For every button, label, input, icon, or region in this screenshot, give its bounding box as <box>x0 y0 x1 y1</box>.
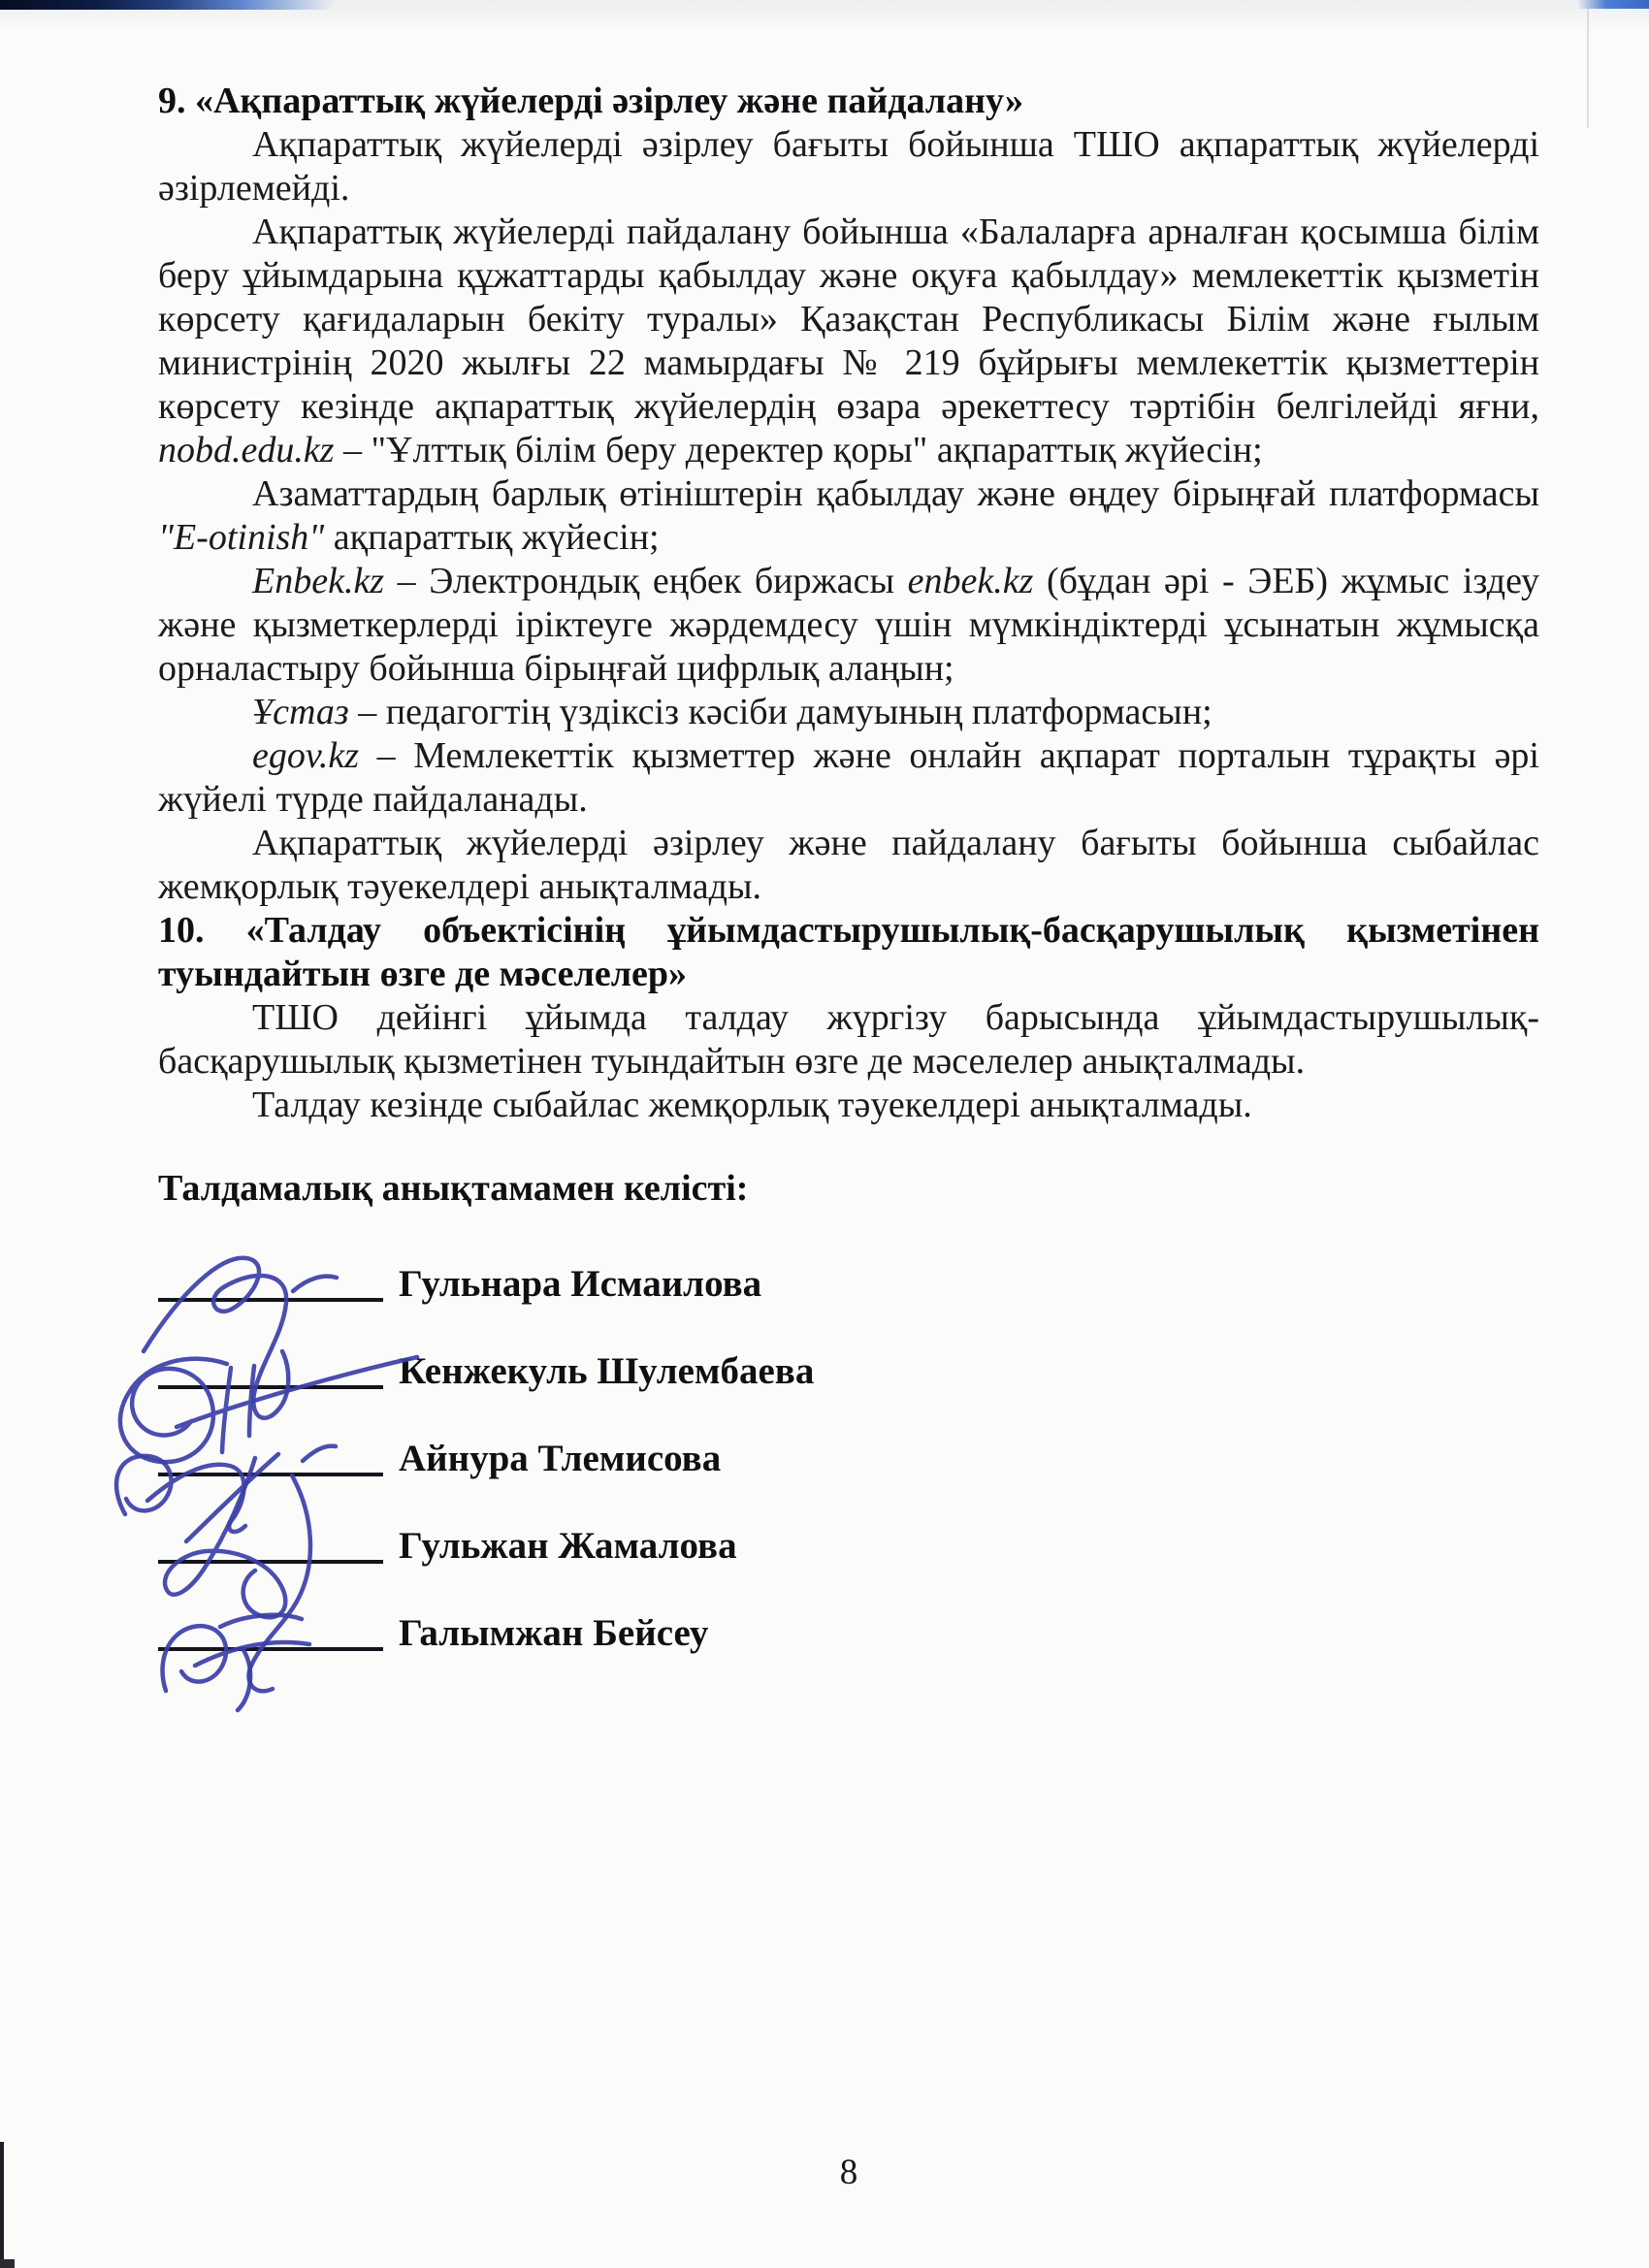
signatory-name: Гульнара Исмаилова <box>399 1263 761 1306</box>
scan-artifact-left-edge-strip <box>0 2142 4 2268</box>
signature-row: Айнура Тлемисова <box>158 1401 1539 1488</box>
text-run: Ақпараттық жүйелерді әзірлеу және пайдал… <box>158 823 1539 907</box>
italic-run: "E-otinish" <box>158 517 324 558</box>
paragraph: egov.kz – Мемлекеттік қызметтер және онл… <box>158 734 1539 822</box>
signature-row: Кенжекуль Шулембаева <box>158 1313 1539 1401</box>
signature-line <box>158 1560 383 1564</box>
signature-row: Галымжан Бейсеу <box>158 1575 1539 1663</box>
italic-run: nobd.edu.kz <box>158 430 335 470</box>
signatory-name: Галымжан Бейсеу <box>399 1612 708 1655</box>
signature-line <box>158 1473 383 1476</box>
signatory-name: Айнура Тлемисова <box>399 1438 721 1480</box>
section-heading: 10. «Талдау объектісінің ұйымдастырушылы… <box>158 909 1539 996</box>
paragraph: Ұстаз – педагогтің үздіксіз кәсіби дамуы… <box>158 691 1539 734</box>
italic-run: enbek.kz <box>908 561 1034 601</box>
scan-artifact-right-edge-line <box>1587 0 1589 128</box>
text-run: ақпараттық жүйесін; <box>324 517 659 558</box>
text-run: – педагогтің үздіксіз кәсіби дамуының пл… <box>349 692 1212 732</box>
text-run: Азаматтардың барлық өтініштерін қабылдау… <box>252 473 1539 514</box>
text-run: – Электрондық еңбек биржасы <box>384 561 908 601</box>
page-number: 8 <box>158 2152 1539 2193</box>
paragraph: Талдау кезінде сыбайлас жемқорлық тәуеке… <box>158 1084 1539 1127</box>
signature-row: Гульнара Исмаилова <box>158 1226 1539 1313</box>
signature-line <box>158 1298 383 1302</box>
italic-run: egov.kz <box>252 735 359 776</box>
signature-line <box>158 1385 383 1389</box>
signature-block: Гульнара ИсмаиловаКенжекуль ШулембаеваАй… <box>158 1226 1539 1663</box>
italic-run: Ұстаз <box>252 692 349 732</box>
text-run: – Мемлекеттік қызметтер және онлайн ақпа… <box>158 735 1539 820</box>
signature-line <box>158 1647 383 1651</box>
scan-artifact-bottom-left-mark <box>0 2259 15 2268</box>
section-heading: 9. «Ақпараттық жүйелерді әзірлеу және па… <box>158 80 1539 123</box>
agreement-heading: Талдамалық анықтамамен келісті: <box>158 1167 1539 1211</box>
text-run: Ақпараттық жүйелерді пайдалану бойынша «… <box>158 211 1539 427</box>
paragraph: Ақпараттық жүйелерді пайдалану бойынша «… <box>158 211 1539 472</box>
text-run: Талдау кезінде сыбайлас жемқорлық тәуеке… <box>252 1085 1252 1125</box>
text-run: – "Ұлттық білім беру деректер қоры" ақпа… <box>335 430 1263 470</box>
text-run: ТШО дейінгі ұйымда талдау жүргізу барысы… <box>158 997 1539 1082</box>
signatory-name: Гульжан Жамалова <box>399 1525 737 1568</box>
paragraph: Enbek.kz – Электрондық еңбек биржасы enb… <box>158 560 1539 691</box>
signature-row: Гульжан Жамалова <box>158 1488 1539 1575</box>
italic-run: Enbek.kz <box>252 561 384 601</box>
signatory-name: Кенжекуль Шулембаева <box>399 1350 814 1393</box>
paragraph: Ақпараттық жүйелерді әзірлеу және пайдал… <box>158 822 1539 909</box>
text-run: 10. «Талдау объектісінің ұйымдастырушылы… <box>158 910 1539 994</box>
scan-artifact-top-left-bar <box>0 0 335 10</box>
scanned-document-page: 9. «Ақпараттық жүйелерді әзірлеу және па… <box>0 0 1649 2268</box>
text-run: Ақпараттық жүйелерді әзірлеу бағыты бойы… <box>158 124 1539 209</box>
body-text: 9. «Ақпараттық жүйелерді әзірлеу және па… <box>158 80 1539 1127</box>
paragraph: Ақпараттық жүйелерді әзірлеу бағыты бойы… <box>158 123 1539 211</box>
paragraph: ТШО дейінгі ұйымда талдау жүргізу барысы… <box>158 996 1539 1084</box>
paragraph: Азаматтардың барлық өтініштерін қабылдау… <box>158 472 1539 560</box>
text-block: 9. «Ақпараттық жүйелерді әзірлеу және па… <box>158 80 1539 1663</box>
text-run: 9. «Ақпараттық жүйелерді әзірлеу және па… <box>158 81 1023 121</box>
